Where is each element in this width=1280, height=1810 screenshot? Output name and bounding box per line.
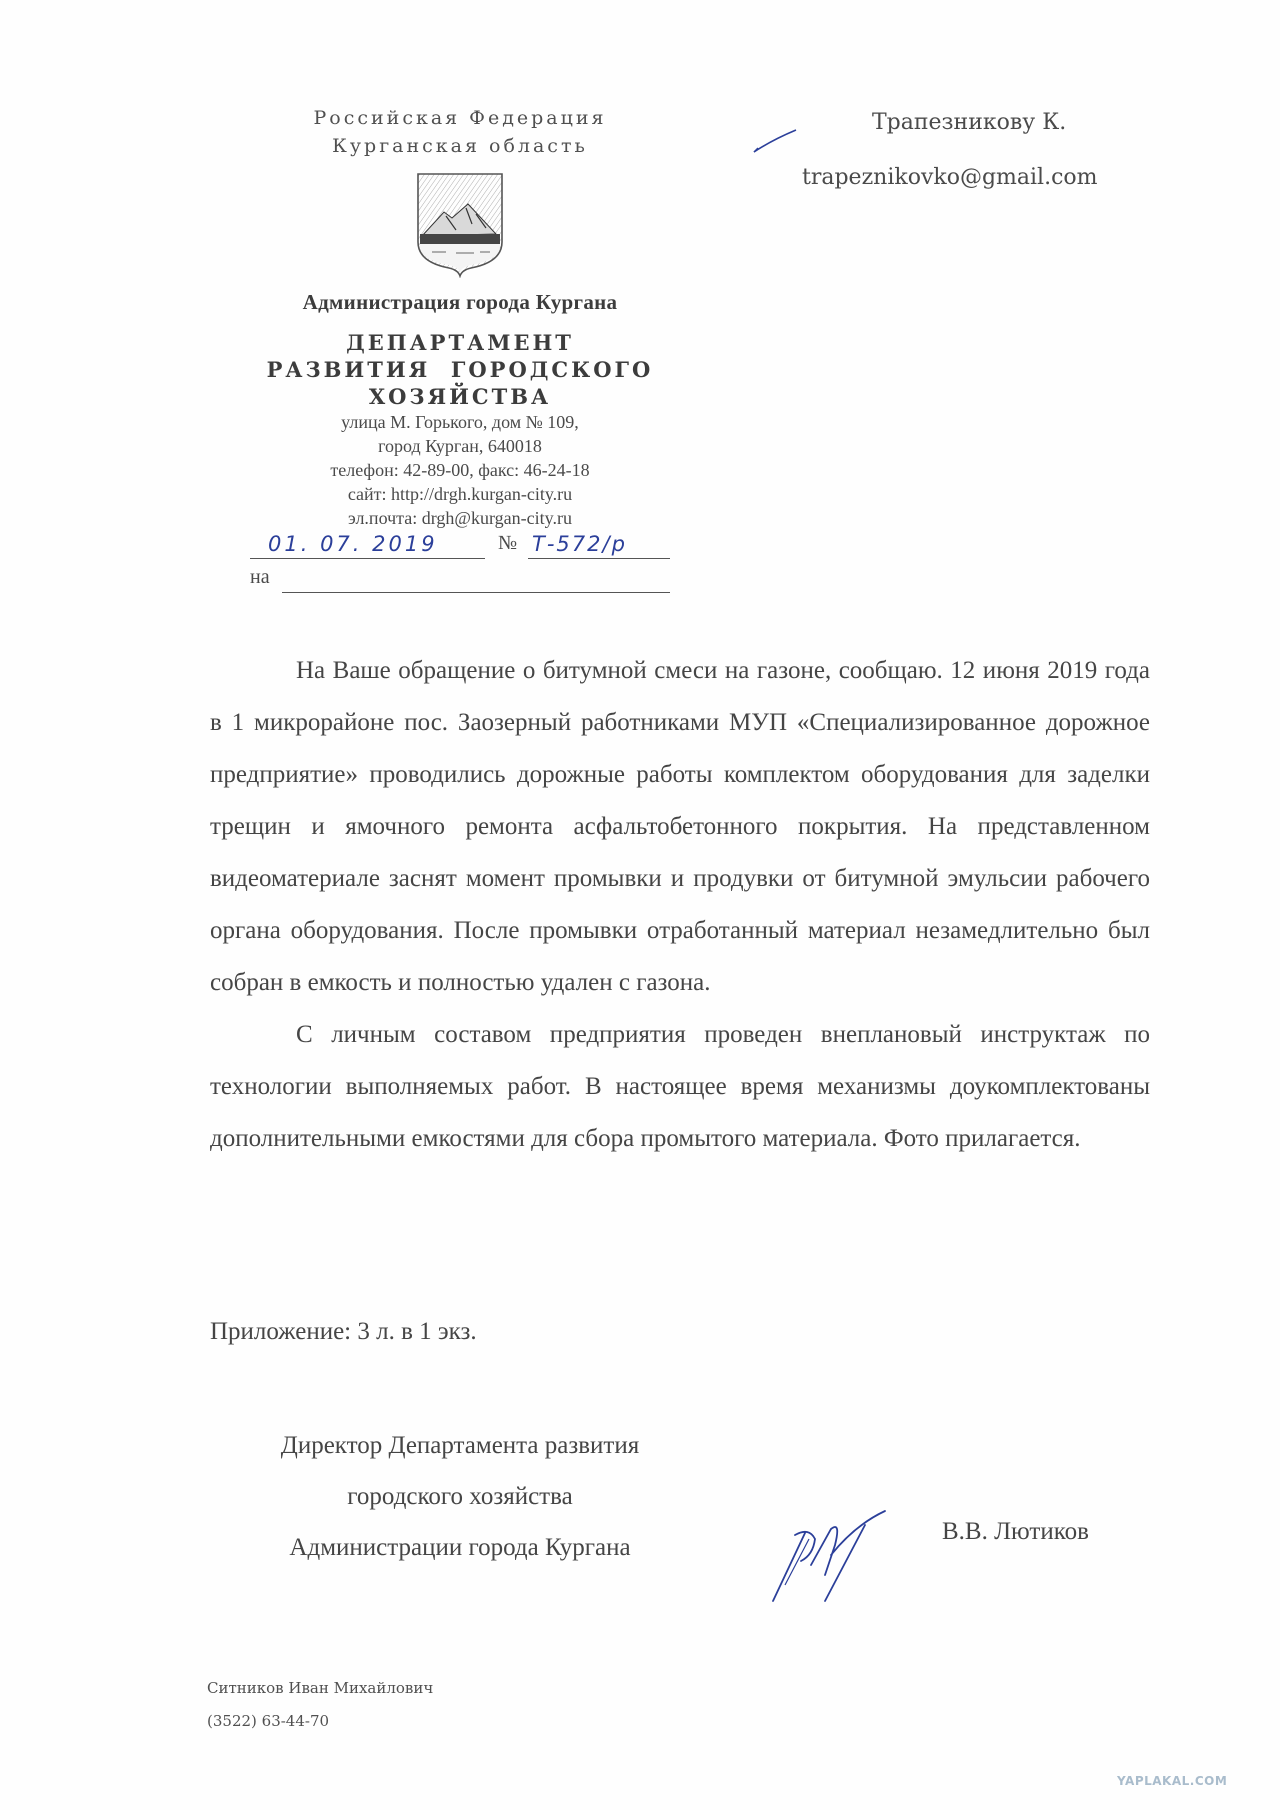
administration-name: Администрация города Кургана xyxy=(250,290,670,315)
position-line-3: Администрации города Кургана xyxy=(230,1522,690,1573)
signer-position: Директор Департамента развития городског… xyxy=(230,1420,690,1573)
handwritten-signature-icon xyxy=(765,1505,915,1605)
executor-block: Ситников Иван Михайлович (3522) 63-44-70 xyxy=(207,1672,433,1738)
department-contacts: улица М. Горького, дом № 109, город Кург… xyxy=(250,410,670,530)
body-paragraph-1: На Ваше обращение о битумной смеси на га… xyxy=(210,645,1150,1009)
address-line-1: улица М. Горького, дом № 109, xyxy=(250,410,670,434)
executor-phone: (3522) 63-44-70 xyxy=(207,1705,433,1738)
letterhead-region: Курганская область xyxy=(250,132,670,160)
recipient-email: trapeznikovko@gmail.com xyxy=(802,165,1180,190)
site-watermark: YAPLAKAL.COM xyxy=(1117,1774,1227,1788)
department-line-1: ДЕПАРТАМЕНТ xyxy=(250,329,670,356)
registration-line: 01. 07. 2019 № Т-572/р xyxy=(250,532,670,560)
registration-number-label: № xyxy=(498,532,517,555)
position-line-1: Директор Департамента развития xyxy=(230,1420,690,1471)
recipient-block: Трапезникову К. trapeznikovko@gmail.com xyxy=(780,110,1180,190)
registration-number: Т-572/р xyxy=(528,532,627,556)
registration-number-field: Т-572/р xyxy=(528,532,670,559)
phone-line: телефон: 42-89-00, факс: 46-24-18 xyxy=(250,458,670,482)
executor-name: Ситников Иван Михайлович xyxy=(207,1672,433,1705)
body-paragraph-2: С личным составом предприятия проведен в… xyxy=(210,1009,1150,1165)
reply-to-label: на xyxy=(250,566,270,589)
reply-to-field xyxy=(282,566,670,593)
position-line-2: городского хозяйства xyxy=(230,1471,690,1522)
registration-date: 01. 07. 2019 xyxy=(250,532,438,556)
letterhead-country: Российская Федерация xyxy=(250,104,670,132)
attachment-note: Приложение: 3 л. в 1 экз. xyxy=(210,1318,477,1346)
letterhead: Российская Федерация Курганская область … xyxy=(250,104,670,530)
department-line-3: ХОЗЯЙСТВА xyxy=(250,383,670,410)
reply-to-line: на xyxy=(250,566,670,594)
signer-name: В.В. Лютиков xyxy=(942,1518,1089,1546)
coat-of-arms-icon xyxy=(416,172,504,278)
department-line-2: РАЗВИТИЯ ГОРОДСКОГО xyxy=(250,356,670,383)
document-page: Российская Федерация Курганская область … xyxy=(0,0,1280,1810)
letter-body: На Ваше обращение о битумной смеси на га… xyxy=(210,645,1150,1165)
email-line: эл.почта: drgh@kurgan-city.ru xyxy=(250,506,670,530)
site-line: сайт: http://drgh.kurgan-city.ru xyxy=(250,482,670,506)
department-name: ДЕПАРТАМЕНТ РАЗВИТИЯ ГОРОДСКОГО ХОЗЯЙСТВ… xyxy=(250,329,670,410)
address-line-2: город Курган, 640018 xyxy=(250,434,670,458)
registration-date-field: 01. 07. 2019 xyxy=(250,532,485,559)
recipient-name: Трапезникову К. xyxy=(872,110,1180,135)
